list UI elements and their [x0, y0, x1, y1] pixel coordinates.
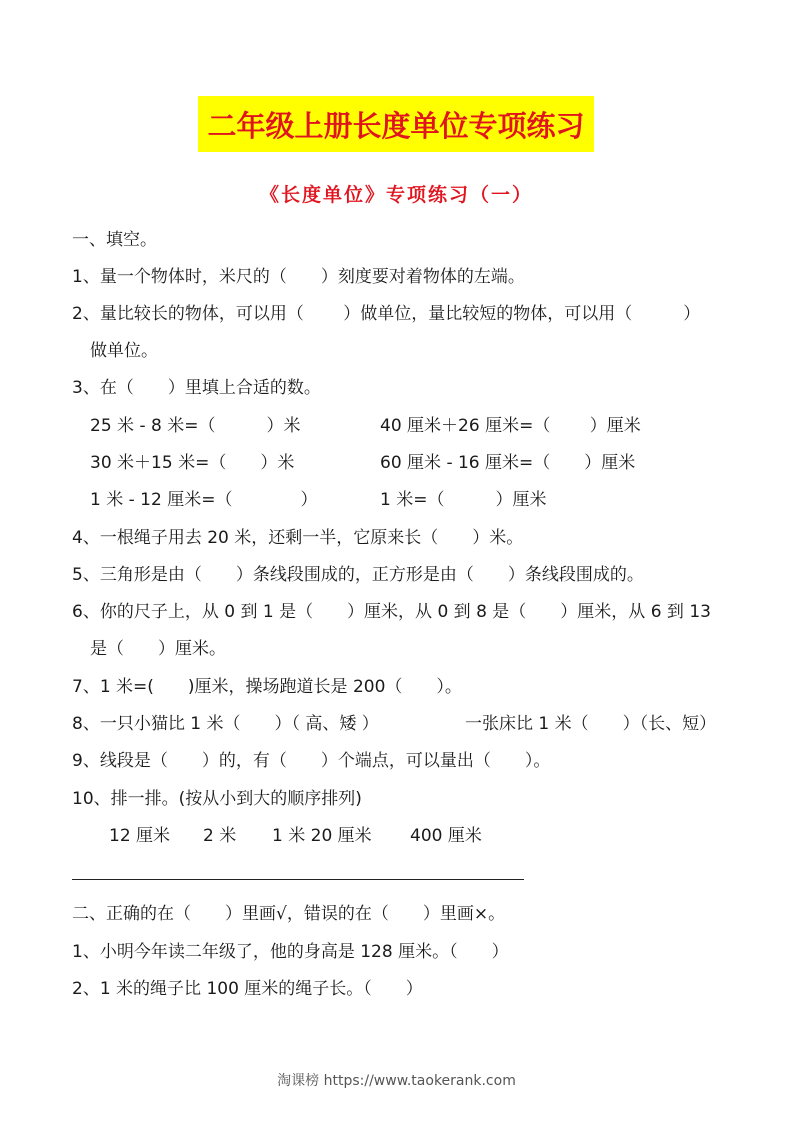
section2-heading: 二、正确的在（ ）里画√，错误的在（ ）里画×。 [72, 902, 505, 926]
question-10: 10、排一排。(按从小到大的顺序排列) [72, 787, 362, 811]
title-highlight: 二年级上册长度单位专项练习 [198, 96, 594, 152]
subtitle: 《长度单位》专项练习（一） [0, 180, 793, 207]
question-8-part2: 一张床比 1 米（ ）（长、短） [465, 712, 716, 736]
question-1: 1、量一个物体时，米尺的（ ）刻度要对着物体的左端。 [72, 265, 525, 289]
question-6-line2: 是（ ）厘米。 [90, 637, 226, 661]
question-6-line1: 6、你的尺子上，从 0 到 1 是（ ）厘米，从 0 到 8 是（ ）厘米，从 … [72, 600, 711, 624]
section1-heading: 一、填空。 [72, 228, 157, 252]
question-2-line2: 做单位。 [90, 339, 158, 363]
q3-item: 1 米=（ ）厘米 [380, 488, 546, 512]
question-8-part1: 8、一只小猫比 1 米（ ）（ 高、矮 ） [72, 712, 379, 736]
q3-item: 30 米＋15 米=（ ）米 [90, 451, 294, 475]
footer-watermark: 淘课榜 https://www.taokerank.com [0, 1070, 793, 1090]
question-9: 9、线段是（ ）的，有（ ）个端点，可以量出（ ）。 [72, 749, 550, 773]
q3-item: 25 米 - 8 米=（ ）米 [90, 414, 300, 438]
q10-item: 1 米 20 厘米 [272, 824, 372, 848]
question-5: 5、三角形是由（ ）条线段围成的，正方形是由（ ）条线段围成的。 [72, 563, 644, 587]
question-3: 3、在（ ）里填上合适的数。 [72, 376, 321, 400]
question-7: 7、1 米=( )厘米，操场跑道长是 200（ ）。 [72, 675, 462, 699]
question-4: 4、一根绳子用去 20 米，还剩一半，它原来长（ ）米。 [72, 526, 523, 550]
question-2-line1: 2、量比较长的物体，可以用（ ）做单位，量比较短的物体，可以用（ ） [72, 302, 700, 326]
q3-item: 1 米 - 12 厘米=（ ） [90, 488, 317, 512]
q10-item: 400 厘米 [410, 824, 482, 848]
q10-item: 12 厘米 [109, 824, 170, 848]
q3-item: 40 厘米＋26 厘米=（ ）厘米 [380, 414, 641, 438]
section2-question-2: 2、1 米的绳子比 100 厘米的绳子长。（ ） [72, 977, 423, 1001]
q3-item: 60 厘米 - 16 厘米=（ ）厘米 [380, 451, 635, 475]
page-title: 二年级上册长度单位专项练习 [207, 104, 584, 145]
section2-question-1: 1、小明今年读二年级了，他的身高是 128 厘米。（ ） [72, 940, 509, 964]
answer-line [72, 879, 524, 880]
q10-item: 2 米 [203, 824, 236, 848]
